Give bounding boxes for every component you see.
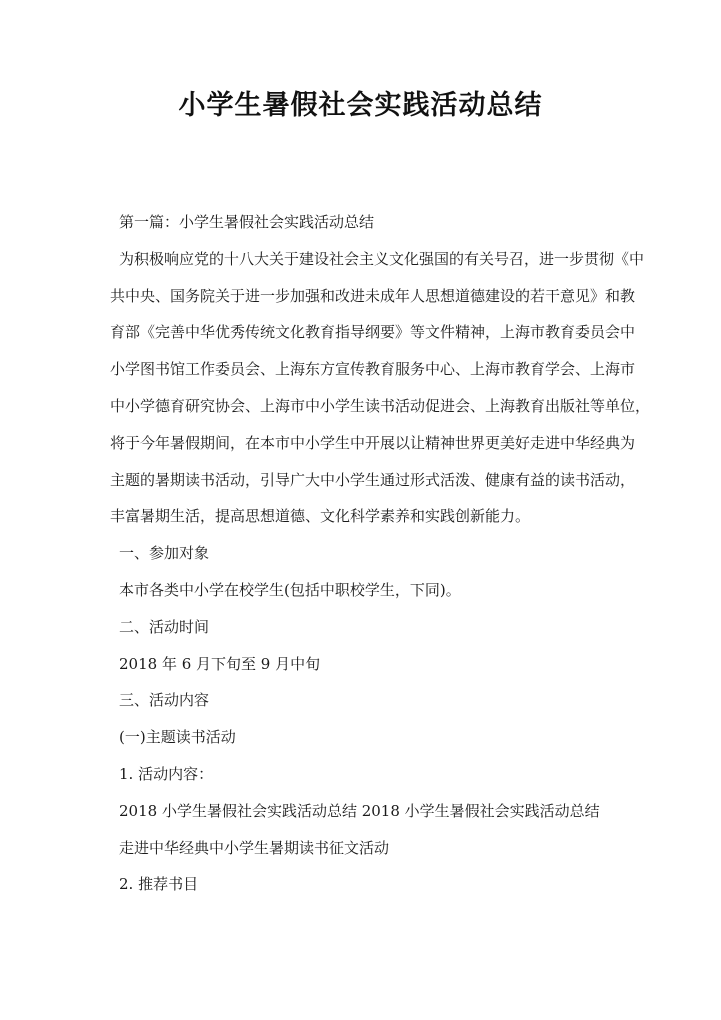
paragraph-line: 中小学德育研究协会、上海市中小学生读书活动促进会、上海教育出版社等单位， — [110, 388, 630, 425]
list-item-heading: 2. 推荐书目 — [116, 866, 630, 903]
section-heading: 第一篇：小学生暑假社会实践活动总结 — [116, 204, 630, 241]
paragraph-line: 共中央、国务院关于进一步加强和改进未成年人思想道德建设的若干意见》和教 — [110, 278, 630, 315]
section-heading: 三、活动内容 — [116, 682, 630, 719]
paragraph-line: 小学图书馆工作委员会、上海东方宣传教育服务中心、上海市教育学会、上海市 — [110, 351, 630, 388]
paragraph-line: 为积极响应党的十八大关于建设社会主义文化强国的有关号召，进一步贯彻《中 — [116, 241, 630, 278]
paragraph-line: 2018 小学生暑假社会实践活动总结 2018 小学生暑假社会实践活动总结 — [116, 793, 630, 830]
paragraph-line: 2018 年 6 月下旬至 9 月中旬 — [116, 646, 630, 683]
subsection-heading: (一)主题读书活动 — [116, 719, 630, 756]
paragraph-line: 将于今年暑假期间，在本市中小学生中开展以让精神世界更美好走进中华经典为 — [110, 425, 630, 462]
section-heading: 二、活动时间 — [116, 609, 630, 646]
paragraph-line: 走进中华经典中小学生暑期读书征文活动 — [116, 830, 630, 867]
paragraph-line: 丰富暑期生活，提高思想道德、文化科学素养和实践创新能力。 — [110, 498, 630, 535]
document-title: 小学生暑假社会实践活动总结 — [0, 86, 721, 126]
document-page: 小学生暑假社会实践活动总结 第一篇：小学生暑假社会实践活动总结 为积极响应党的十… — [0, 0, 721, 1020]
paragraph-line: 主题的暑期读书活动，引导广大中小学生通过形式活泼、健康有益的读书活动， — [110, 462, 630, 499]
paragraph-line: 育部《完善中华优秀传统文化教育指导纲要》等文件精神，上海市教育委员会中 — [110, 314, 630, 351]
document-body: 第一篇：小学生暑假社会实践活动总结 为积极响应党的十八大关于建设社会主义文化强国… — [116, 204, 630, 903]
list-item-heading: 1. 活动内容： — [116, 756, 630, 793]
section-heading: 一、参加对象 — [116, 535, 630, 572]
paragraph-line: 本市各类中小学在校学生(包括中职校学生，下同)。 — [116, 572, 630, 609]
